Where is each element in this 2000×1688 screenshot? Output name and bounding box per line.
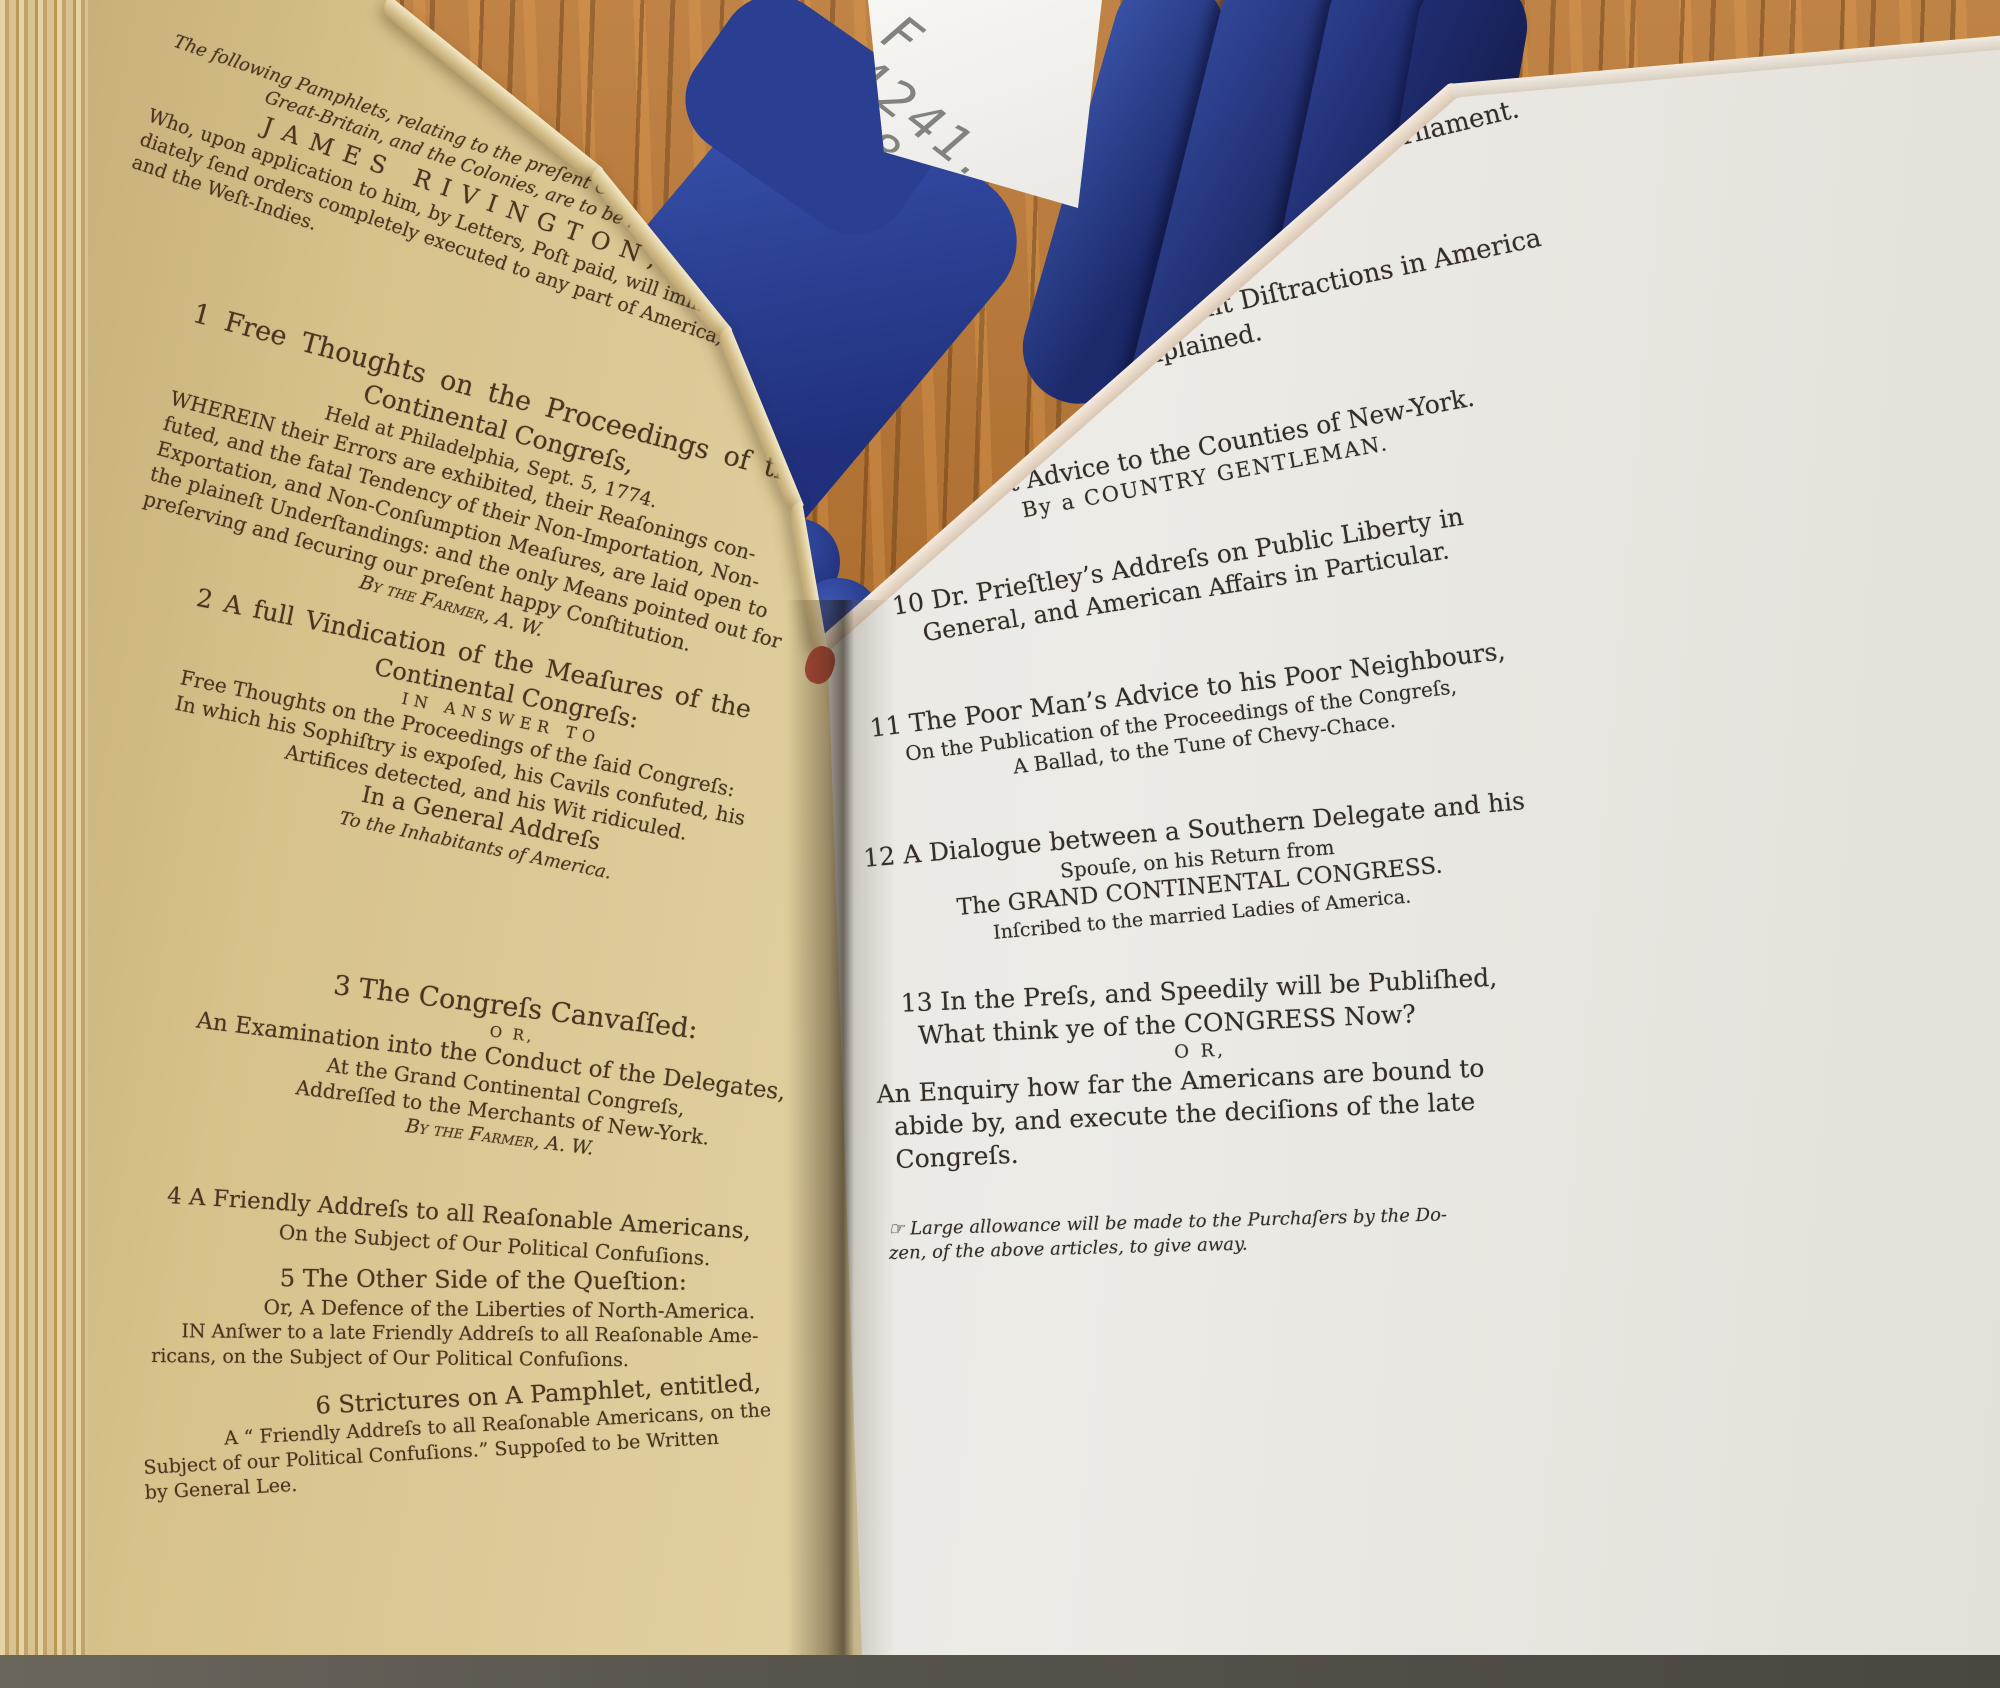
table-edge-shadow (0, 1655, 2000, 1688)
pamphlet-5: 5 The Other Side of the Queſtion: Or, A … (151, 1262, 832, 1374)
pamphlet-12: 12 A Dialogue between a Southern Delegat… (862, 784, 1534, 956)
footnote: ☞ Large allowance will be made to the Pu… (888, 1202, 1519, 1266)
fore-edge-pages (0, 0, 96, 1688)
gutter-shadow (786, 600, 896, 1688)
pamphlet-6: 6 Strictures on A Pamphlet, entitled, A … (140, 1364, 835, 1505)
pamphlet-3: 3 The Congreſs Canvaſſed: O R, An Examin… (185, 952, 830, 1189)
pamphlet-13: 13 In the Preſs, and Speedily will be Pu… (872, 960, 1530, 1177)
book-photo: F 4241. 658 7 Conſiderations on the Natu… (0, 0, 2000, 1688)
pamphlet-5-title: 5 The Other Side of the Queſtion: (280, 1263, 832, 1299)
pamphlet-11: 11 The Poor Man’s Advice to his Poor Nei… (868, 632, 1534, 798)
